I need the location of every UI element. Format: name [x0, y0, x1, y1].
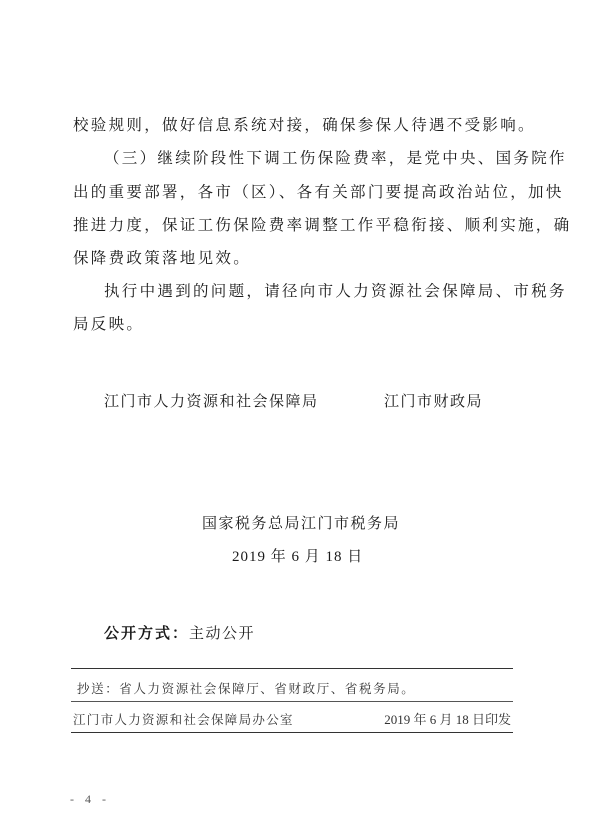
footer-top-rule	[71, 668, 513, 669]
issue-date: 2019 年 6 月 18 日印发	[384, 709, 511, 728]
signature-hrss-bureau: 江门市人力资源和社会保障局	[104, 390, 319, 411]
body-line-4: 推进力度，保证工伤保险费率调整工作平稳衔接、顺利实施，确	[73, 213, 571, 235]
publication-value: 主动公开	[189, 624, 255, 642]
document-page: 校验规则，做好信息系统对接，确保参保人待遇不受影响。 （三）继续阶段性下调工伤保…	[0, 0, 595, 839]
body-line-7: 局反映。	[73, 312, 144, 334]
cc-recipients: 抄送：省人力资源社会保障厅、省财政厅、省税务局。	[77, 679, 415, 697]
footer-bottom-rule	[71, 732, 513, 733]
page-number: - 4 -	[70, 792, 110, 807]
publication-method: 公开方式：主动公开	[104, 622, 255, 643]
signature-date: 2019 年 6 月 18 日	[232, 545, 363, 566]
body-line-6: 执行中遇到的问题，请径向市人力资源社会保障局、市税务	[104, 279, 567, 301]
body-line-2: （三）继续阶段性下调工伤保险费率，是党中央、国务院作	[104, 146, 567, 168]
signature-tax-bureau: 国家税务总局江门市税务局	[202, 512, 400, 533]
body-line-1: 校验规则，做好信息系统对接，确保参保人待遇不受影响。	[73, 113, 536, 135]
publication-label: 公开方式：	[104, 624, 189, 642]
issuing-office: 江门市人力资源和社会保障局办公室	[73, 710, 294, 728]
body-line-5: 保降费政策落地见效。	[73, 246, 251, 268]
footer-middle-rule	[71, 701, 513, 702]
body-line-3: 出的重要部署，各市（区）、各有关部门要提高政治站位，加快	[73, 180, 564, 202]
signature-finance-bureau: 江门市财政局	[384, 390, 483, 411]
